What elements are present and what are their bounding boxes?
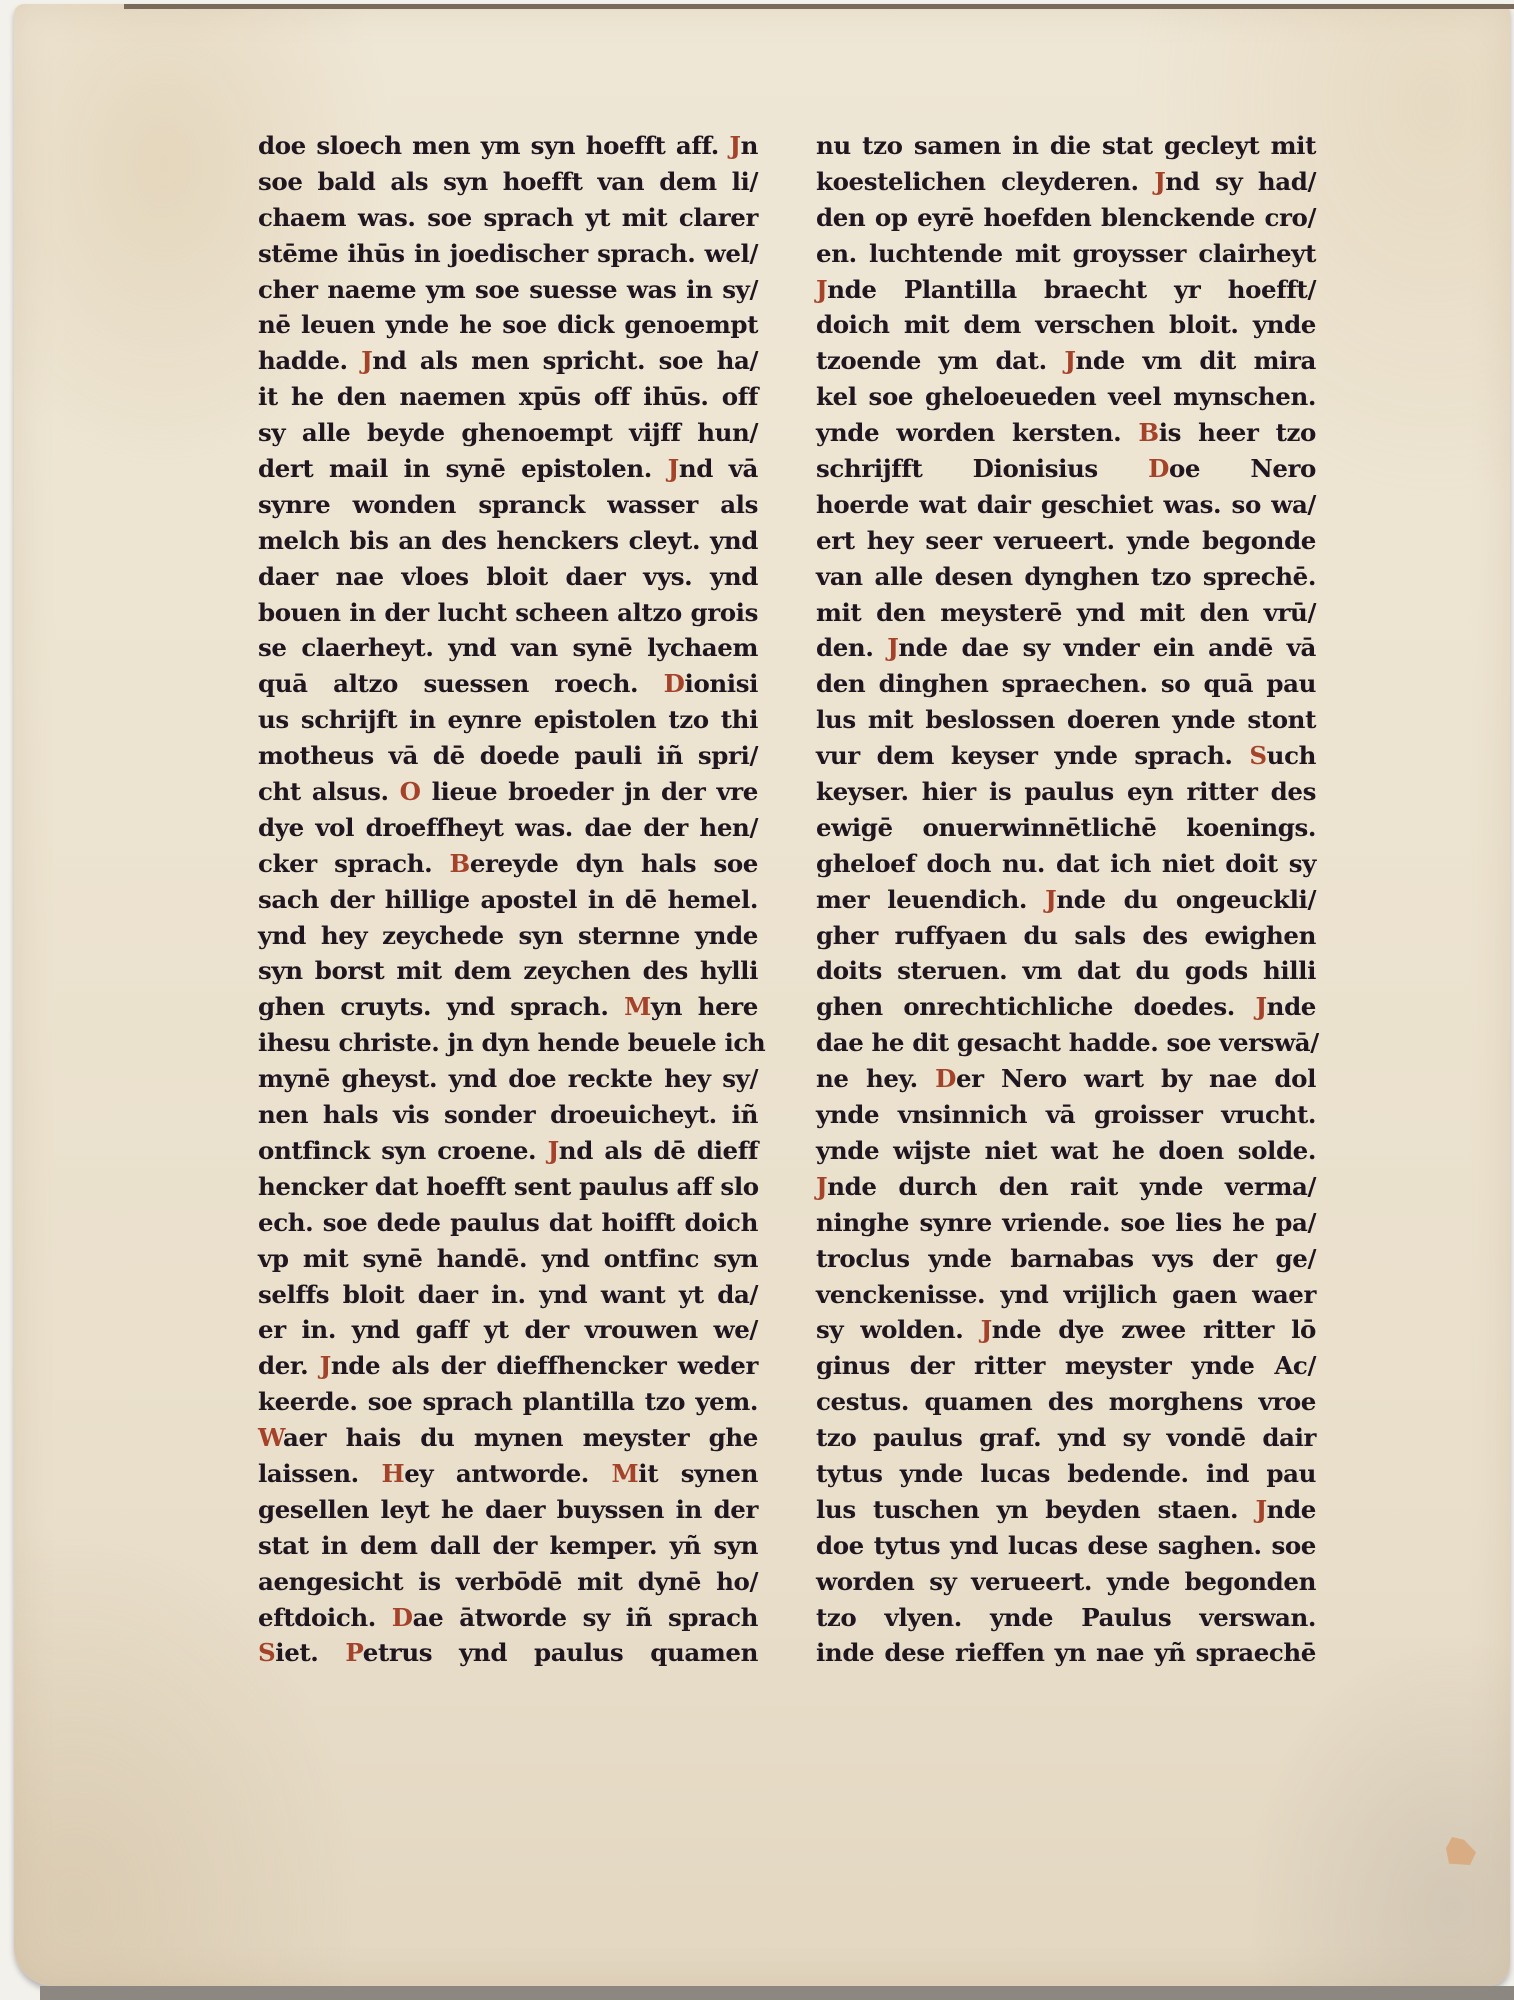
text-line: cestus. quamen des morghens vroe: [816, 1384, 1316, 1420]
text-line: ne hey. Der Nero wart by nae dol: [816, 1061, 1316, 1097]
rubricated-initial: D: [935, 1064, 956, 1093]
text-line: sy wolden. Jnde dye zwee ritter lō: [816, 1312, 1316, 1348]
text-line: vur dem keyser ynde sprach. Such: [816, 738, 1316, 774]
text-line: er in. ynd gaff yt der vrouwen we/: [258, 1312, 758, 1348]
text-line: dae he dit gesacht hadde. soe verswā/: [816, 1025, 1316, 1061]
rubricated-initial: J: [361, 346, 372, 375]
rubricated-initial: D: [664, 669, 685, 698]
rubricated-initial: D: [392, 1603, 413, 1632]
rubricated-initial: D: [1148, 454, 1169, 483]
text-line: dye vol droeffheyt was. dae der hen/: [258, 810, 758, 846]
text-line: inde dese rieffen yn nae yñ spraechē: [816, 1635, 1316, 1671]
rubricated-initial: P: [345, 1638, 362, 1667]
text-line: motheus vā dē doede pauli iñ spri/: [258, 738, 758, 774]
text-line: Jnde durch den rait ynde verma/: [816, 1169, 1316, 1205]
page-top-edge: [124, 4, 1514, 9]
text-line: gher ruffyaen du sals des ewighen: [816, 918, 1316, 954]
rubricated-initial: J: [320, 1351, 331, 1380]
manuscript-page: doe sloech men ym syn hoefft aff. Jnsoe …: [14, 4, 1510, 1986]
text-column-left: doe sloech men ym syn hoefft aff. Jnsoe …: [258, 128, 758, 1671]
text-line: laissen. Hey antworde. Mit synen: [258, 1456, 758, 1492]
rubricated-initial: J: [1255, 992, 1266, 1021]
rubricated-initial: J: [981, 1315, 992, 1344]
text-line: tzo vlyen. ynde Paulus verswan.: [816, 1600, 1316, 1636]
text-line: daer nae vloes bloit daer vys. ynd: [258, 559, 758, 595]
text-line: mer leuendich. Jnde du ongeuckli/: [816, 882, 1316, 918]
text-line: tzoende ym dat. Jnde vm dit mira: [816, 343, 1316, 379]
text-line: van alle desen dynghen tzo sprechē.: [816, 559, 1316, 595]
text-line: hoerde wat dair geschiet was. so wa/: [816, 487, 1316, 523]
text-line: doe tytus ynd lucas dese saghen. soe: [816, 1528, 1316, 1564]
text-line: aengesicht is verbōdē mit dynē ho/: [258, 1564, 758, 1600]
text-line: keerde. soe sprach plantilla tzo yem.: [258, 1384, 758, 1420]
text-line: ynde vnsinnich vā groisser vrucht.: [816, 1097, 1316, 1133]
page-bottom-edge: [40, 1986, 1514, 2000]
text-line: Waer hais du mynen meyster ghe: [258, 1420, 758, 1456]
rubricated-initial: B: [1138, 418, 1158, 447]
text-line: troclus ynde barnabas vys der ge/: [816, 1241, 1316, 1277]
text-line: eftdoich. Dae ātworde sy iñ sprach: [258, 1600, 758, 1636]
text-line: doich mit dem verschen bloit. ynde: [816, 307, 1316, 343]
rubricated-initial: J: [1045, 885, 1056, 914]
text-line: bouen in der lucht scheen altzo grois: [258, 595, 758, 631]
text-line: ghen onrechtichliche doedes. Jnde: [816, 989, 1316, 1025]
text-line: ynde wijste niet wat he doen solde.: [816, 1133, 1316, 1169]
text-line: sy alle beyde ghenoempt vijff hun/: [258, 415, 758, 451]
text-line: ynde worden kersten. Bis heer tzo: [816, 415, 1316, 451]
text-line: worden sy verueert. ynde begonden: [816, 1564, 1316, 1600]
text-line: chaem was. soe sprach yt mit clarer: [258, 200, 758, 236]
rubricated-initial: W: [258, 1423, 283, 1452]
text-line: it he den naemen xpūs off ihūs. off: [258, 379, 758, 415]
rubricated-initial: J: [887, 633, 898, 662]
text-line: stat in dem dall der kemper. yñ syn: [258, 1528, 758, 1564]
text-line: ginus der ritter meyster ynde Ac/: [816, 1348, 1316, 1384]
rubricated-initial: B: [450, 849, 470, 878]
text-line: ewigē onuerwinnētlichē koenings.: [816, 810, 1316, 846]
rubricated-initial: J: [548, 1136, 559, 1165]
text-line: ech. soe dede paulus dat hoifft doich: [258, 1205, 758, 1241]
rubricated-initial: J: [1255, 1495, 1266, 1524]
rubricated-initial: J: [668, 454, 679, 483]
text-line: mynē gheyst. ynd doe reckte hey sy/: [258, 1061, 758, 1097]
text-line: koestelichen cleyderen. Jnd sy had/: [816, 164, 1316, 200]
text-line: ontfinck syn croene. Jnd als dē dieff: [258, 1133, 758, 1169]
text-line: ynd hey zeychede syn sternne ynde: [258, 918, 758, 954]
text-column-right: nu tzo samen in die stat gecleyt mitkoes…: [816, 128, 1316, 1671]
text-line: der. Jnde als der dieffhencker weder: [258, 1348, 758, 1384]
text-line: keyser. hier is paulus eyn ritter des: [816, 774, 1316, 810]
text-line: dert mail in synē epistolen. Jnd vā: [258, 451, 758, 487]
text-line: vp mit synē handē. ynd ontfinc syn: [258, 1241, 758, 1277]
text-line: ihesu christe. jn dyn hende beuele ich: [258, 1025, 758, 1061]
text-line: nu tzo samen in die stat gecleyt mit: [816, 128, 1316, 164]
text-line: doe sloech men ym syn hoefft aff. Jn: [258, 128, 758, 164]
rubricated-initial: J: [1064, 346, 1075, 375]
text-line: schrijfft Dionisius Doe Nero: [816, 451, 1316, 487]
text-line: sach der hillige apostel in dē hemel.: [258, 882, 758, 918]
text-line: hadde. Jnd als men spricht. soe ha/: [258, 343, 758, 379]
text-line: cht alsus. O lieue broeder jn der vre: [258, 774, 758, 810]
text-line: nen hals vis sonder droeuicheyt. iñ: [258, 1097, 758, 1133]
text-line: selffs bloit daer in. ynd want yt da/: [258, 1277, 758, 1313]
text-line: venckenisse. ynd vrijlich gaen waer: [816, 1277, 1316, 1313]
text-line: doits steruen. vm dat du gods hilli: [816, 953, 1316, 989]
rubricated-initial: J: [1154, 167, 1165, 196]
text-line: lus mit beslossen doeren ynde stont: [816, 702, 1316, 738]
rubricated-initial: M: [624, 992, 651, 1021]
text-line: den op eyrē hoefden blenckende cro/: [816, 200, 1316, 236]
rubricated-initial: O: [400, 777, 421, 806]
text-line: us schrijft in eynre epistolen tzo thi: [258, 702, 758, 738]
text-line: se claerheyt. ynd van synē lychaem: [258, 630, 758, 666]
rubricated-initial: J: [729, 131, 740, 160]
text-line: quā altzo suessen roech. Dionisi: [258, 666, 758, 702]
rubricated-initial: S: [258, 1638, 275, 1667]
text-line: tytus ynde lucas bedende. ind pau: [816, 1456, 1316, 1492]
rubricated-initial: J: [816, 1172, 827, 1201]
text-line: den dinghen spraechen. so quā pau: [816, 666, 1316, 702]
text-line: den. Jnde dae sy vnder ein andē vā: [816, 630, 1316, 666]
text-line: synre wonden spranck wasser als: [258, 487, 758, 523]
text-line: lus tuschen yn beyden staen. Jnde: [816, 1492, 1316, 1528]
rubricated-initial: S: [1249, 741, 1266, 770]
text-line: mit den meysterē ynd mit den vrū/: [816, 595, 1316, 631]
text-line: nē leuen ynde he soe dick genoempt: [258, 307, 758, 343]
text-line: kel soe gheloeueden veel mynschen.: [816, 379, 1316, 415]
text-line: Jnde Plantilla braecht yr hoefft/: [816, 272, 1316, 308]
text-line: cher naeme ym soe suesse was in sy/: [258, 272, 758, 308]
text-line: syn borst mit dem zeychen des hylli: [258, 953, 758, 989]
text-line: ninghe synre vriende. soe lies he pa/: [816, 1205, 1316, 1241]
text-line: soe bald als syn hoefft van dem li/: [258, 164, 758, 200]
rubricated-initial: J: [816, 275, 827, 304]
text-line: hencker dat hoefft sent paulus aff slo: [258, 1169, 758, 1205]
text-line: cker sprach. Bereyde dyn hals soe: [258, 846, 758, 882]
rubricated-initial: M: [612, 1459, 639, 1488]
text-line: tzo paulus graf. ynd sy vondē dair: [816, 1420, 1316, 1456]
text-line: ert hey seer verueert. ynde begonde: [816, 523, 1316, 559]
text-line: stēme ihūs in joedischer sprach. wel/: [258, 236, 758, 272]
text-line: melch bis an des henckers cleyt. ynd: [258, 523, 758, 559]
paper-damage-spot: [1446, 1837, 1476, 1865]
text-line: gheloef doch nu. dat ich niet doit sy: [816, 846, 1316, 882]
text-line: ghen cruyts. ynd sprach. Myn here: [258, 989, 758, 1025]
rubricated-initial: H: [381, 1459, 404, 1488]
text-line: en. luchtende mit groysser clairheyt: [816, 236, 1316, 272]
text-line: gesellen leyt he daer buyssen in der: [258, 1492, 758, 1528]
text-line: Siet. Petrus ynd paulus quamen: [258, 1635, 758, 1671]
